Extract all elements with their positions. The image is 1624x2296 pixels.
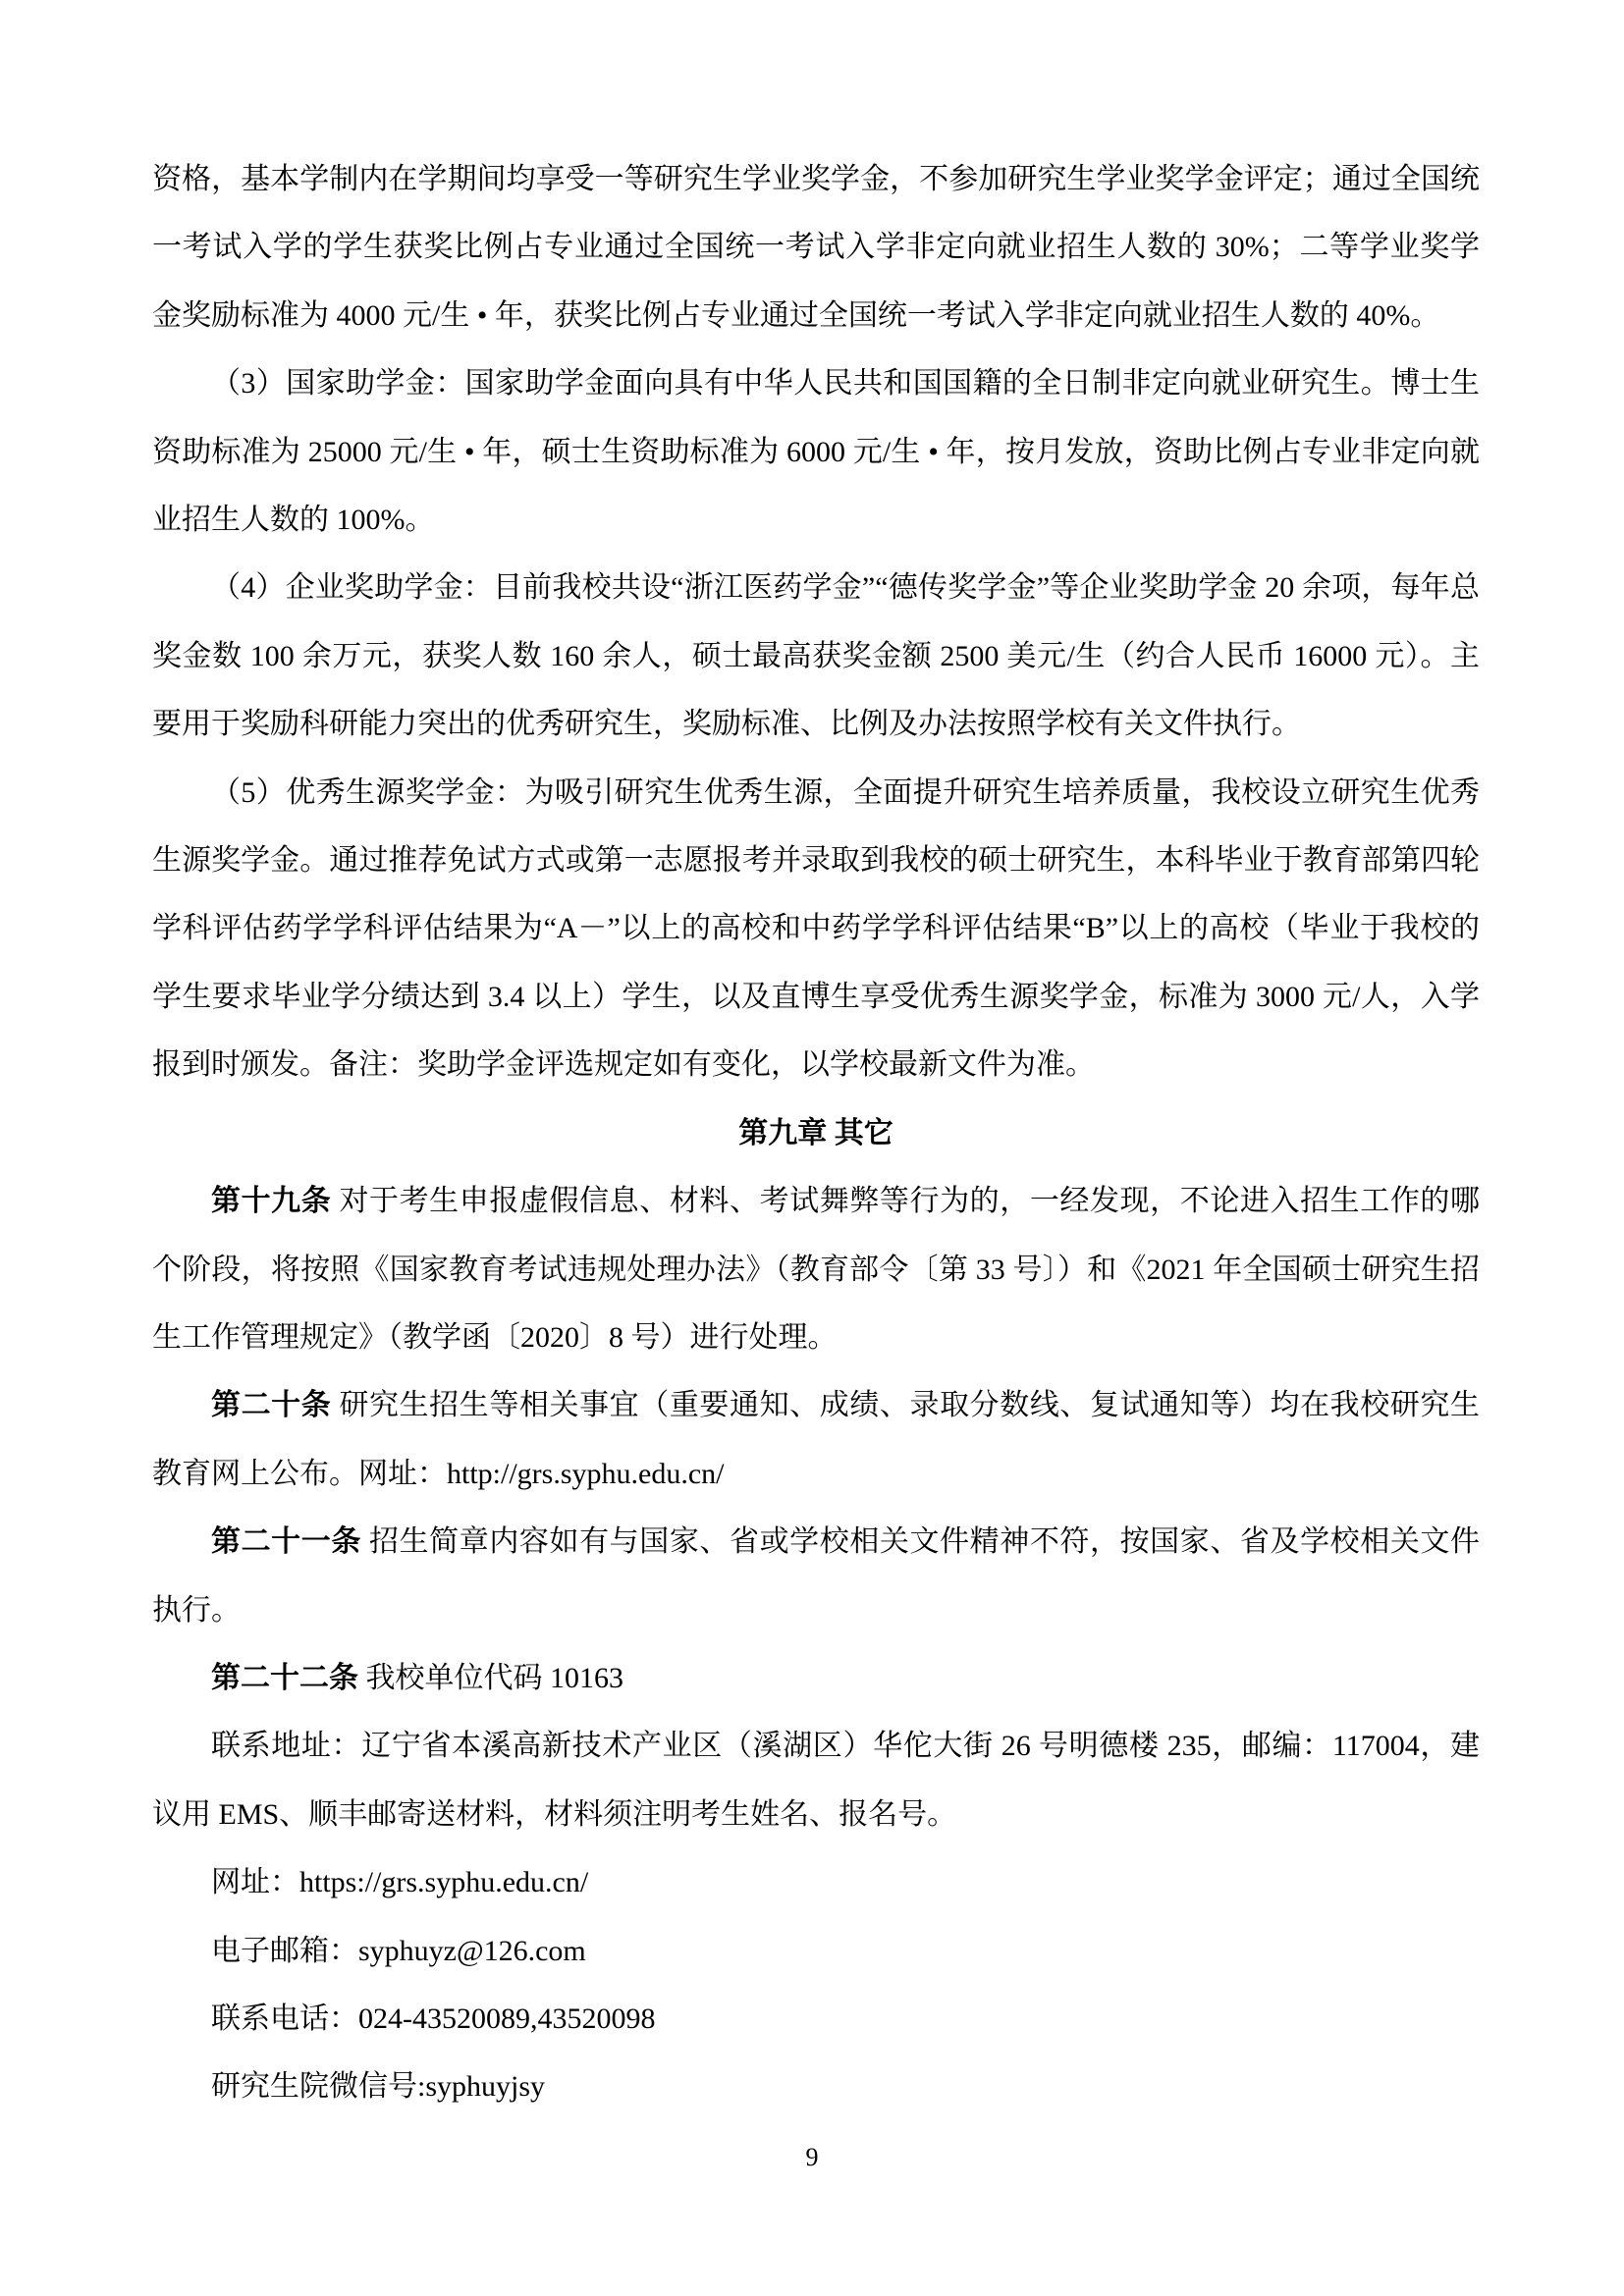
contact-wechat: 研究生院微信号:syphuyjsy — [152, 2053, 1480, 2120]
article-22-text: 我校单位代码 10163 — [366, 1662, 624, 1694]
article-22: 第二十二条 我校单位代码 10163 — [152, 1644, 1480, 1712]
chapter-heading: 第九章 其它 — [152, 1099, 1480, 1167]
article-21-label: 第二十一条 — [211, 1525, 361, 1558]
article-20-text: 研究生招生等相关事宜（重要通知、成绩、录取分数线、复试通知等）均在我校研究生教育… — [152, 1389, 1480, 1489]
contact-address: 联系地址：辽宁省本溪高新技术产业区（溪湖区）华佗大街 26 号明德楼 235，邮… — [152, 1712, 1480, 1848]
document-body: 资格，基本学制内在学期间均享受一等研究生学业奖学金，不参加研究生学业奖学金评定；… — [152, 145, 1480, 2121]
contact-website: 网址：https://grs.syphu.edu.cn/ — [152, 1848, 1480, 1916]
article-20-label: 第二十条 — [211, 1389, 331, 1421]
article-20: 第二十条 研究生招生等相关事宜（重要通知、成绩、录取分数线、复试通知等）均在我校… — [152, 1371, 1480, 1508]
article-19-label: 第十九条 — [211, 1185, 331, 1217]
paragraph-item-3-national-grant: （3）国家助学金：国家助学金面向具有中华人民共和国国籍的全日制非定向就业研究生。… — [152, 349, 1480, 554]
contact-phone: 联系电话：024-43520089,43520098 — [152, 1985, 1480, 2053]
page-number: 9 — [0, 2143, 1624, 2172]
article-21: 第二十一条 招生简章内容如有与国家、省或学校相关文件精神不符，按国家、省及学校相… — [152, 1508, 1480, 1644]
article-19-text: 对于考生申报虚假信息、材料、考试舞弊等行为的，一经发现，不论进入招生工作的哪个阶… — [152, 1185, 1480, 1354]
article-19: 第十九条 对于考生申报虚假信息、材料、考试舞弊等行为的，一经发现，不论进入招生工… — [152, 1167, 1480, 1371]
article-22-label: 第二十二条 — [211, 1662, 358, 1694]
paragraph-item-5-quality-source-scholarship: （5）优秀生源奖学金：为吸引研究生优秀生源，全面提升研究生培养质量，我校设立研究… — [152, 759, 1480, 1099]
paragraph-item-4-enterprise-scholarship: （4）企业奖助学金：目前我校共设“浙江医药学金”“德传奖学金”等企业奖助学金 2… — [152, 554, 1480, 758]
paragraph-continuation: 资格，基本学制内在学期间均享受一等研究生学业奖学金，不参加研究生学业奖学金评定；… — [152, 145, 1480, 349]
contact-email: 电子邮箱：syphuyz@126.com — [152, 1917, 1480, 1985]
